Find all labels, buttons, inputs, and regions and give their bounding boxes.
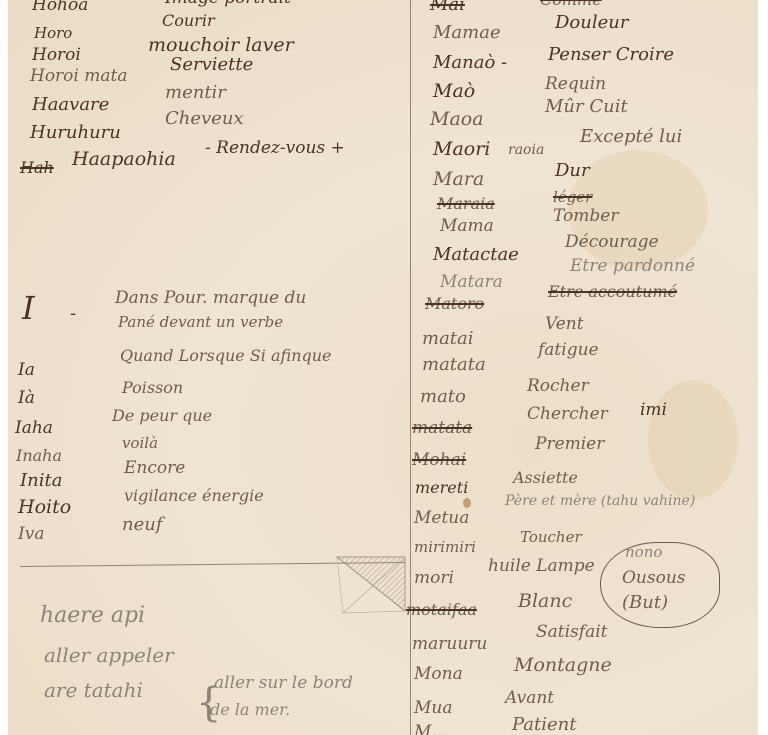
section-gloss-line2: Pané devant un verbe: [118, 315, 283, 330]
entry-word: Iva: [18, 526, 44, 543]
entry-word: Hohoa: [32, 0, 88, 14]
entry-gloss: Etre pardonné: [570, 258, 695, 275]
entry-word: Mohai: [412, 452, 466, 469]
entry-word: Ià: [18, 390, 35, 407]
circled-line: nono: [625, 545, 662, 560]
entry-gloss: Penser Croire: [548, 46, 674, 64]
entry-word: mereti: [415, 480, 468, 496]
entry-word: Mara: [433, 170, 484, 189]
struck-prefix: Hah: [20, 160, 54, 176]
entry-word: Mona: [414, 666, 463, 683]
entry-gloss: Tomber: [553, 208, 618, 225]
entry-gloss: Premier: [535, 436, 604, 453]
entry-gloss: Chercher: [527, 406, 608, 423]
entry-gloss: Rocher: [527, 378, 589, 395]
pencil-sketch: [335, 555, 407, 617]
entry-word: Maori: [433, 140, 490, 159]
entry-note: imi: [640, 402, 667, 419]
entry-gloss: Avant: [505, 690, 554, 707]
entry-word: Metua: [414, 510, 469, 527]
entry-gloss: mouchoir laver: [148, 36, 294, 55]
entry-word: M...: [414, 724, 448, 735]
entry-word: Ia: [18, 362, 35, 379]
entry-gloss: - Rendez-vous +: [205, 140, 345, 157]
entry-gloss: voilà: [122, 436, 158, 451]
entry-gloss: Image portrait: [165, 0, 291, 7]
entry-word: mori: [414, 570, 454, 587]
entry-gloss: Comme: [540, 0, 602, 8]
entry-word: matata: [422, 356, 486, 374]
entry-gloss: Assiette: [513, 470, 578, 486]
entry-word: Horo: [34, 26, 72, 41]
entry-gloss: Quand Lorsque Si afinque: [120, 348, 332, 364]
entry-gloss: Serviette: [170, 56, 253, 74]
entry-word: mato: [420, 388, 466, 406]
entry-gloss: Poisson: [122, 380, 183, 396]
entry-gloss: mentir: [165, 84, 226, 102]
pencil-note: aller appeler: [44, 645, 174, 665]
entry-word: Huruhuru: [30, 124, 121, 142]
entry-word: Mama: [440, 218, 494, 235]
entry-gloss: Père et mère (tahu vahine): [505, 494, 695, 508]
entry-word: Inita: [20, 472, 62, 490]
entry-gloss: De peur que: [112, 408, 212, 424]
entry-gloss: Patient: [512, 716, 577, 734]
entry-gloss: Montagne: [514, 656, 612, 675]
entry-word: mirimiri: [414, 540, 476, 555]
entry-gloss: huile Lampe: [488, 558, 595, 575]
entry-word: Maoa: [430, 110, 484, 129]
entry-word: maruuru: [412, 636, 487, 653]
entry-gloss: fatigue: [538, 342, 599, 359]
entry-word: Inaha: [16, 448, 62, 464]
entry-gloss: Etre accoutumé: [548, 284, 677, 300]
entry-gloss: Cheveux: [165, 110, 244, 128]
entry-word: Matara: [440, 274, 503, 291]
entry-gloss: Blanc: [518, 592, 572, 611]
paper-stain: [648, 380, 738, 500]
entry-word: Matactae: [433, 246, 519, 264]
entry-gloss: vigilance énergie: [124, 488, 264, 504]
entry-word: Manaò -: [433, 54, 507, 72]
entry-gloss: Toucher: [520, 530, 582, 545]
entry-gloss: Excepté lui: [580, 128, 682, 146]
entry-gloss: Requin: [545, 76, 606, 93]
section-gloss-line1: Dans Pour. marque du: [115, 290, 306, 307]
ink-spot: [463, 498, 471, 508]
entry-word: Maò: [433, 82, 475, 101]
entry-gloss: Courir: [162, 13, 215, 29]
entry-word: Iaha: [15, 420, 53, 437]
entry-word: Horoi mata: [30, 68, 127, 85]
pencil-note: de la mer.: [210, 702, 290, 718]
entry-word: Mua: [414, 700, 453, 717]
pencil-note: aller sur le bord: [214, 675, 353, 692]
entry-extra: raoia: [508, 143, 544, 157]
entry-word: Mai: [430, 0, 465, 14]
entry-word: Haavare: [32, 96, 109, 114]
entry-word: Horoi: [32, 47, 81, 64]
circled-line: Ousous: [622, 570, 686, 587]
pencil-note: are tatahi: [44, 680, 143, 700]
entry-gloss: Dur: [555, 162, 590, 180]
section-dash: -: [70, 305, 76, 323]
circled-line: (But): [622, 594, 668, 612]
entry-word: Maraia: [437, 196, 495, 212]
entry-gloss: Mûr Cuit: [545, 98, 628, 116]
entry-word: Haapaohia: [72, 150, 176, 169]
entry-word: matai: [422, 330, 474, 348]
section-letter: I: [22, 292, 35, 324]
entry-gloss: Satisfait: [536, 624, 607, 641]
entry-gloss: Décourage: [565, 234, 659, 251]
entry-gloss: Encore: [124, 460, 185, 477]
entry-word: motaifaa: [406, 602, 477, 618]
column-divider: [410, 0, 411, 735]
entry-gloss: neuf: [122, 516, 163, 534]
entry-word: matata: [412, 420, 472, 437]
entry-gloss: léger: [553, 190, 592, 205]
entry-word: Matoro: [425, 296, 484, 312]
entry-word: Mamae: [433, 24, 501, 42]
entry-word: Hoito: [18, 498, 71, 517]
entry-gloss: Douleur: [555, 14, 628, 32]
pencil-note: haere api: [40, 605, 145, 627]
entry-gloss: Vent: [545, 316, 584, 333]
